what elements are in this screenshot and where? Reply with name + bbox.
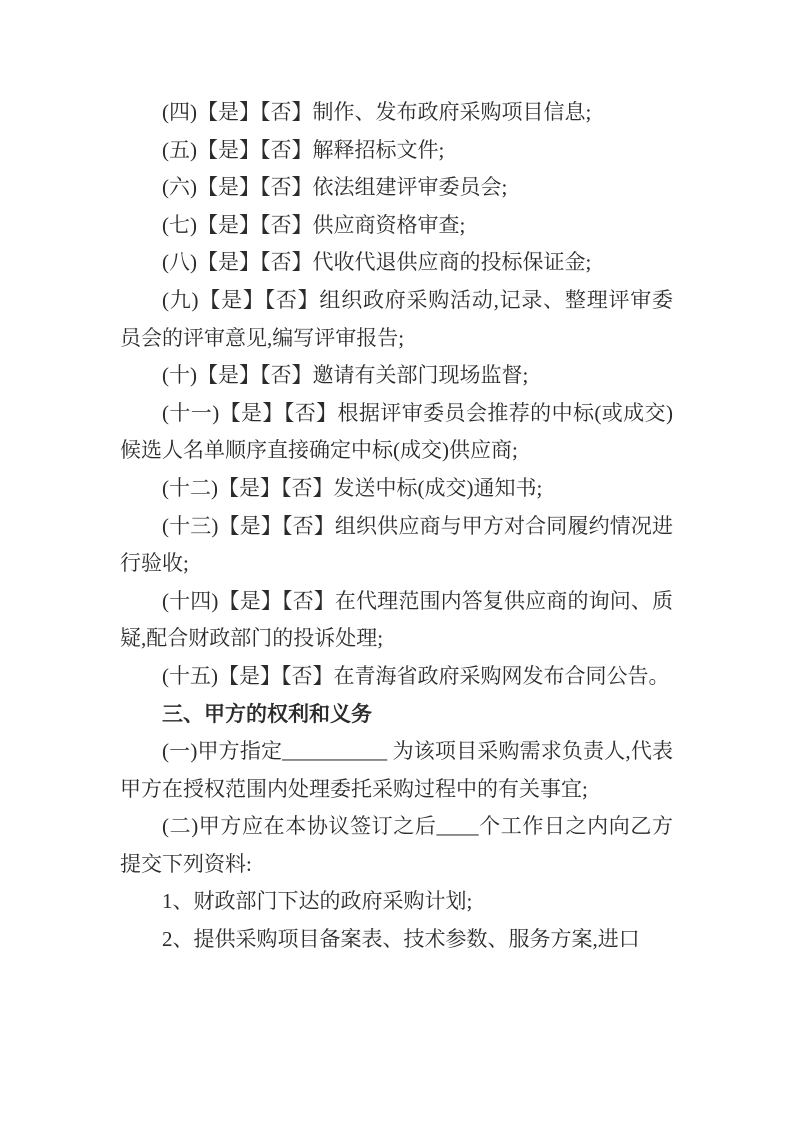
section-heading: 三、甲方的权利和义务 bbox=[120, 696, 673, 734]
document-paragraph: (十二)【是】【否】发送中标(成交)通知书; bbox=[120, 470, 673, 508]
document-body: (四)【是】【否】制作、发布政府采购项目信息;(五)【是】【否】解释招标文件;(… bbox=[120, 94, 673, 959]
document-paragraph: (二)甲方应在本协议签订之后____个工作日之内向乙方提交下列资料: bbox=[120, 808, 673, 883]
document-paragraph: 1、财政部门下达的政府采购计划; bbox=[120, 883, 673, 921]
document-paragraph: (十一)【是】【否】根据评审委员会推荐的中标(或成交)候选人名单顺序直接确定中标… bbox=[120, 395, 673, 470]
document-page: (四)【是】【否】制作、发布政府采购项目信息;(五)【是】【否】解释招标文件;(… bbox=[0, 0, 793, 1122]
document-paragraph: (十三)【是】【否】组织供应商与甲方对合同履约情况进行验收; bbox=[120, 508, 673, 583]
document-paragraph: (六)【是】【否】依法组建评审委员会; bbox=[120, 169, 673, 207]
document-paragraph: (七)【是】【否】供应商资格审查; bbox=[120, 207, 673, 245]
document-paragraph: (五)【是】【否】解释招标文件; bbox=[120, 132, 673, 170]
document-paragraph: 2、提供采购项目备案表、技术参数、服务方案,进口 bbox=[120, 921, 673, 959]
document-paragraph: (一)甲方指定__________ 为该项目采购需求负责人,代表甲方在授权范围内… bbox=[120, 733, 673, 808]
document-paragraph: (八)【是】【否】代收代退供应商的投标保证金; bbox=[120, 244, 673, 282]
document-paragraph: (十五)【是】【否】在青海省政府采购网发布合同公告。 bbox=[120, 658, 673, 696]
document-paragraph: (四)【是】【否】制作、发布政府采购项目信息; bbox=[120, 94, 673, 132]
document-paragraph: (九)【是】【否】组织政府采购活动,记录、整理评审委员会的评审意见,编写评审报告… bbox=[120, 282, 673, 357]
document-paragraph: (十)【是】【否】邀请有关部门现场监督; bbox=[120, 357, 673, 395]
document-paragraph: (十四)【是】【否】在代理范围内答复供应商的询问、质疑,配合财政部门的投诉处理; bbox=[120, 583, 673, 658]
